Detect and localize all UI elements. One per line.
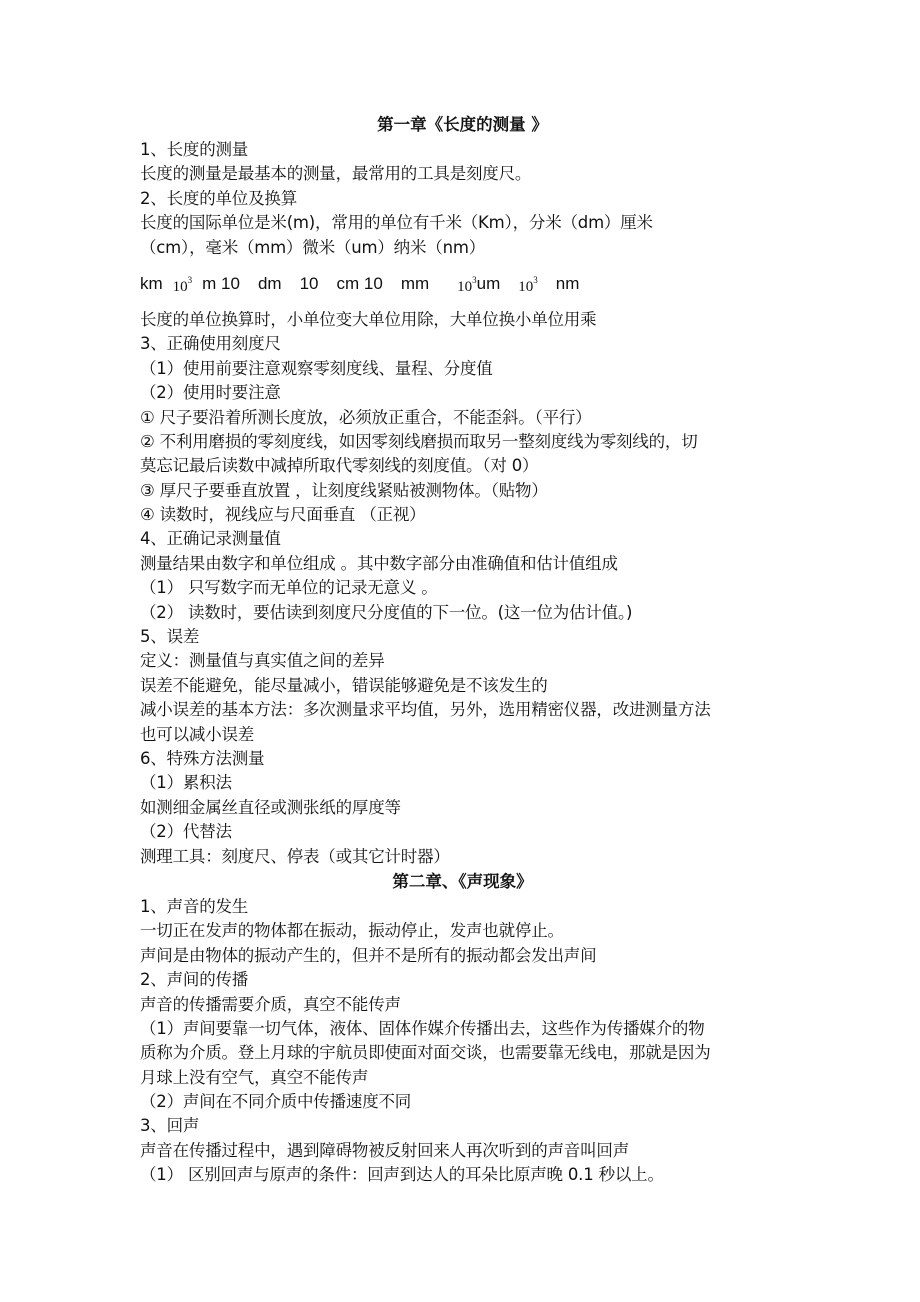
chapter1-title: 第一章《长度的测量 》	[140, 112, 785, 138]
section-heading: 3、回声	[140, 1114, 785, 1138]
ch1-line: 测理工具：刻度尺、停表（或其它计时器）	[140, 845, 785, 869]
chapter2-title: 第二章、《声现象》	[140, 869, 785, 895]
power-of-ten: 103	[518, 257, 538, 310]
ch1-line: ① 尺子要沿着所测长度放，必须放正重合，不能歪斜。（平行）	[140, 406, 785, 430]
unit-km: km	[140, 261, 163, 307]
ch1-line: （2） 读数时，要估读到刻度尺分度值的下一位。(这一位为估计值。)	[140, 601, 785, 625]
factor-ten: 10	[300, 261, 319, 307]
ch1-line: （1） 只写数字而无单位的记录无意义 。	[140, 576, 785, 600]
unit-nm: nm	[556, 261, 580, 307]
ch1-line: 测量结果由数字和单位组成 。其中数字部分由准确值和估计值组成	[140, 552, 785, 576]
section-heading: 2、声间的传播	[140, 968, 785, 992]
unit-conversion-chain: km 103 m 10 dm 10 cm 10 mm 103 um 103 nm	[140, 260, 785, 308]
ch1-line: ② 不利用磨损的零刻度线，如因零刻线磨损而取另一整刻度线为零刻线的，切	[140, 430, 785, 454]
section-heading: 4、正确记录测量值	[140, 527, 785, 551]
ch1-line: 定义：测量值与真实值之间的差异	[140, 649, 785, 673]
ch1-line: 也可以减小误差	[140, 723, 785, 747]
document-page: 第一章《长度的测量 》 1、长度的测量 长度的测量是最基本的测量，最常用的工具是…	[140, 112, 785, 1188]
ch2-line: （1）声间要靠一切气体，液体、固体作媒介传播出去，这些作为传播媒介的物	[140, 1017, 785, 1041]
power-of-ten: 103	[173, 257, 193, 310]
ch1-line: （2）代替法	[140, 820, 785, 844]
ch1-line: ④ 读数时，视线应与尺面垂直 （正视）	[140, 503, 785, 527]
section-heading: 5、误差	[140, 625, 785, 649]
unit-um: um	[477, 261, 501, 307]
section-heading: 3、正确使用刻度尺	[140, 332, 785, 356]
ch1-line: 1、长度的测量	[140, 138, 785, 162]
unit-mm: mm	[401, 261, 429, 307]
ch2-line: 声间是由物体的振动产生的，但并不是所有的振动都会发出声间	[140, 944, 785, 968]
unit-dm: dm	[258, 261, 282, 307]
ch1-line: 长度的国际单位是米(m)，常用的单位有千米（Km），分米（dm）厘米	[140, 211, 785, 235]
unit-cm: cm 10	[337, 261, 383, 307]
ch2-line: （2）声间在不同介质中传播速度不同	[140, 1090, 785, 1114]
ch2-line: 声音的传播需要介质，真空不能传声	[140, 993, 785, 1017]
ch1-line: （1）累积法	[140, 771, 785, 795]
ch1-line: 长度的测量是最基本的测量，最常用的工具是刻度尺。	[140, 162, 785, 186]
ch2-line: 声音在传播过程中，遇到障碍物被反射回来人再次听到的声音叫回声	[140, 1139, 785, 1163]
ch1-line: 莫忘记最后读数中减掉所取代零刻线的刻度值。（对 0）	[140, 454, 785, 478]
section-heading: 1、声音的发生	[140, 895, 785, 919]
ch1-line: （1）使用前要注意观察零刻度线、量程、分度值	[140, 357, 785, 381]
ch2-line: 月球上没有空气，真空不能传声	[140, 1066, 785, 1090]
unit-m: m 10	[202, 261, 240, 307]
ch1-line: 如测细金属丝直径或测张纸的厚度等	[140, 796, 785, 820]
ch1-line: 2、长度的单位及换算	[140, 187, 785, 211]
ch1-line: （cm），毫米（mm）微米（um）纳米（nm）	[140, 236, 785, 260]
ch1-line: 误差不能避免，能尽量减小，错误能够避免是不该发生的	[140, 674, 785, 698]
ch1-line: ③ 厚尺子要垂直放置 ，让刻度线紧贴被测物体。（贴物）	[140, 479, 785, 503]
ch1-line: （2）使用时要注意	[140, 381, 785, 405]
ch2-line: 一切正在发声的物体都在振动，振动停止，发声也就停止。	[140, 919, 785, 943]
ch1-line: 长度的单位换算时，小单位变大单位用除，大单位换小单位用乘	[140, 308, 785, 332]
power-of-ten: 103	[457, 257, 477, 310]
ch1-line: 减小误差的基本方法：多次测量求平均值，另外，选用精密仪器，改进测量方法	[140, 698, 785, 722]
ch2-line: （1） 区别回声与原声的条件：回声到达人的耳朵比原声晚 0.1 秒以上。	[140, 1163, 785, 1187]
ch2-line: 质称为介质。登上月球的宇航员即使面对面交谈，也需要靠无线电，那就是因为	[140, 1041, 785, 1065]
section-heading: 6、特殊方法测量	[140, 747, 785, 771]
